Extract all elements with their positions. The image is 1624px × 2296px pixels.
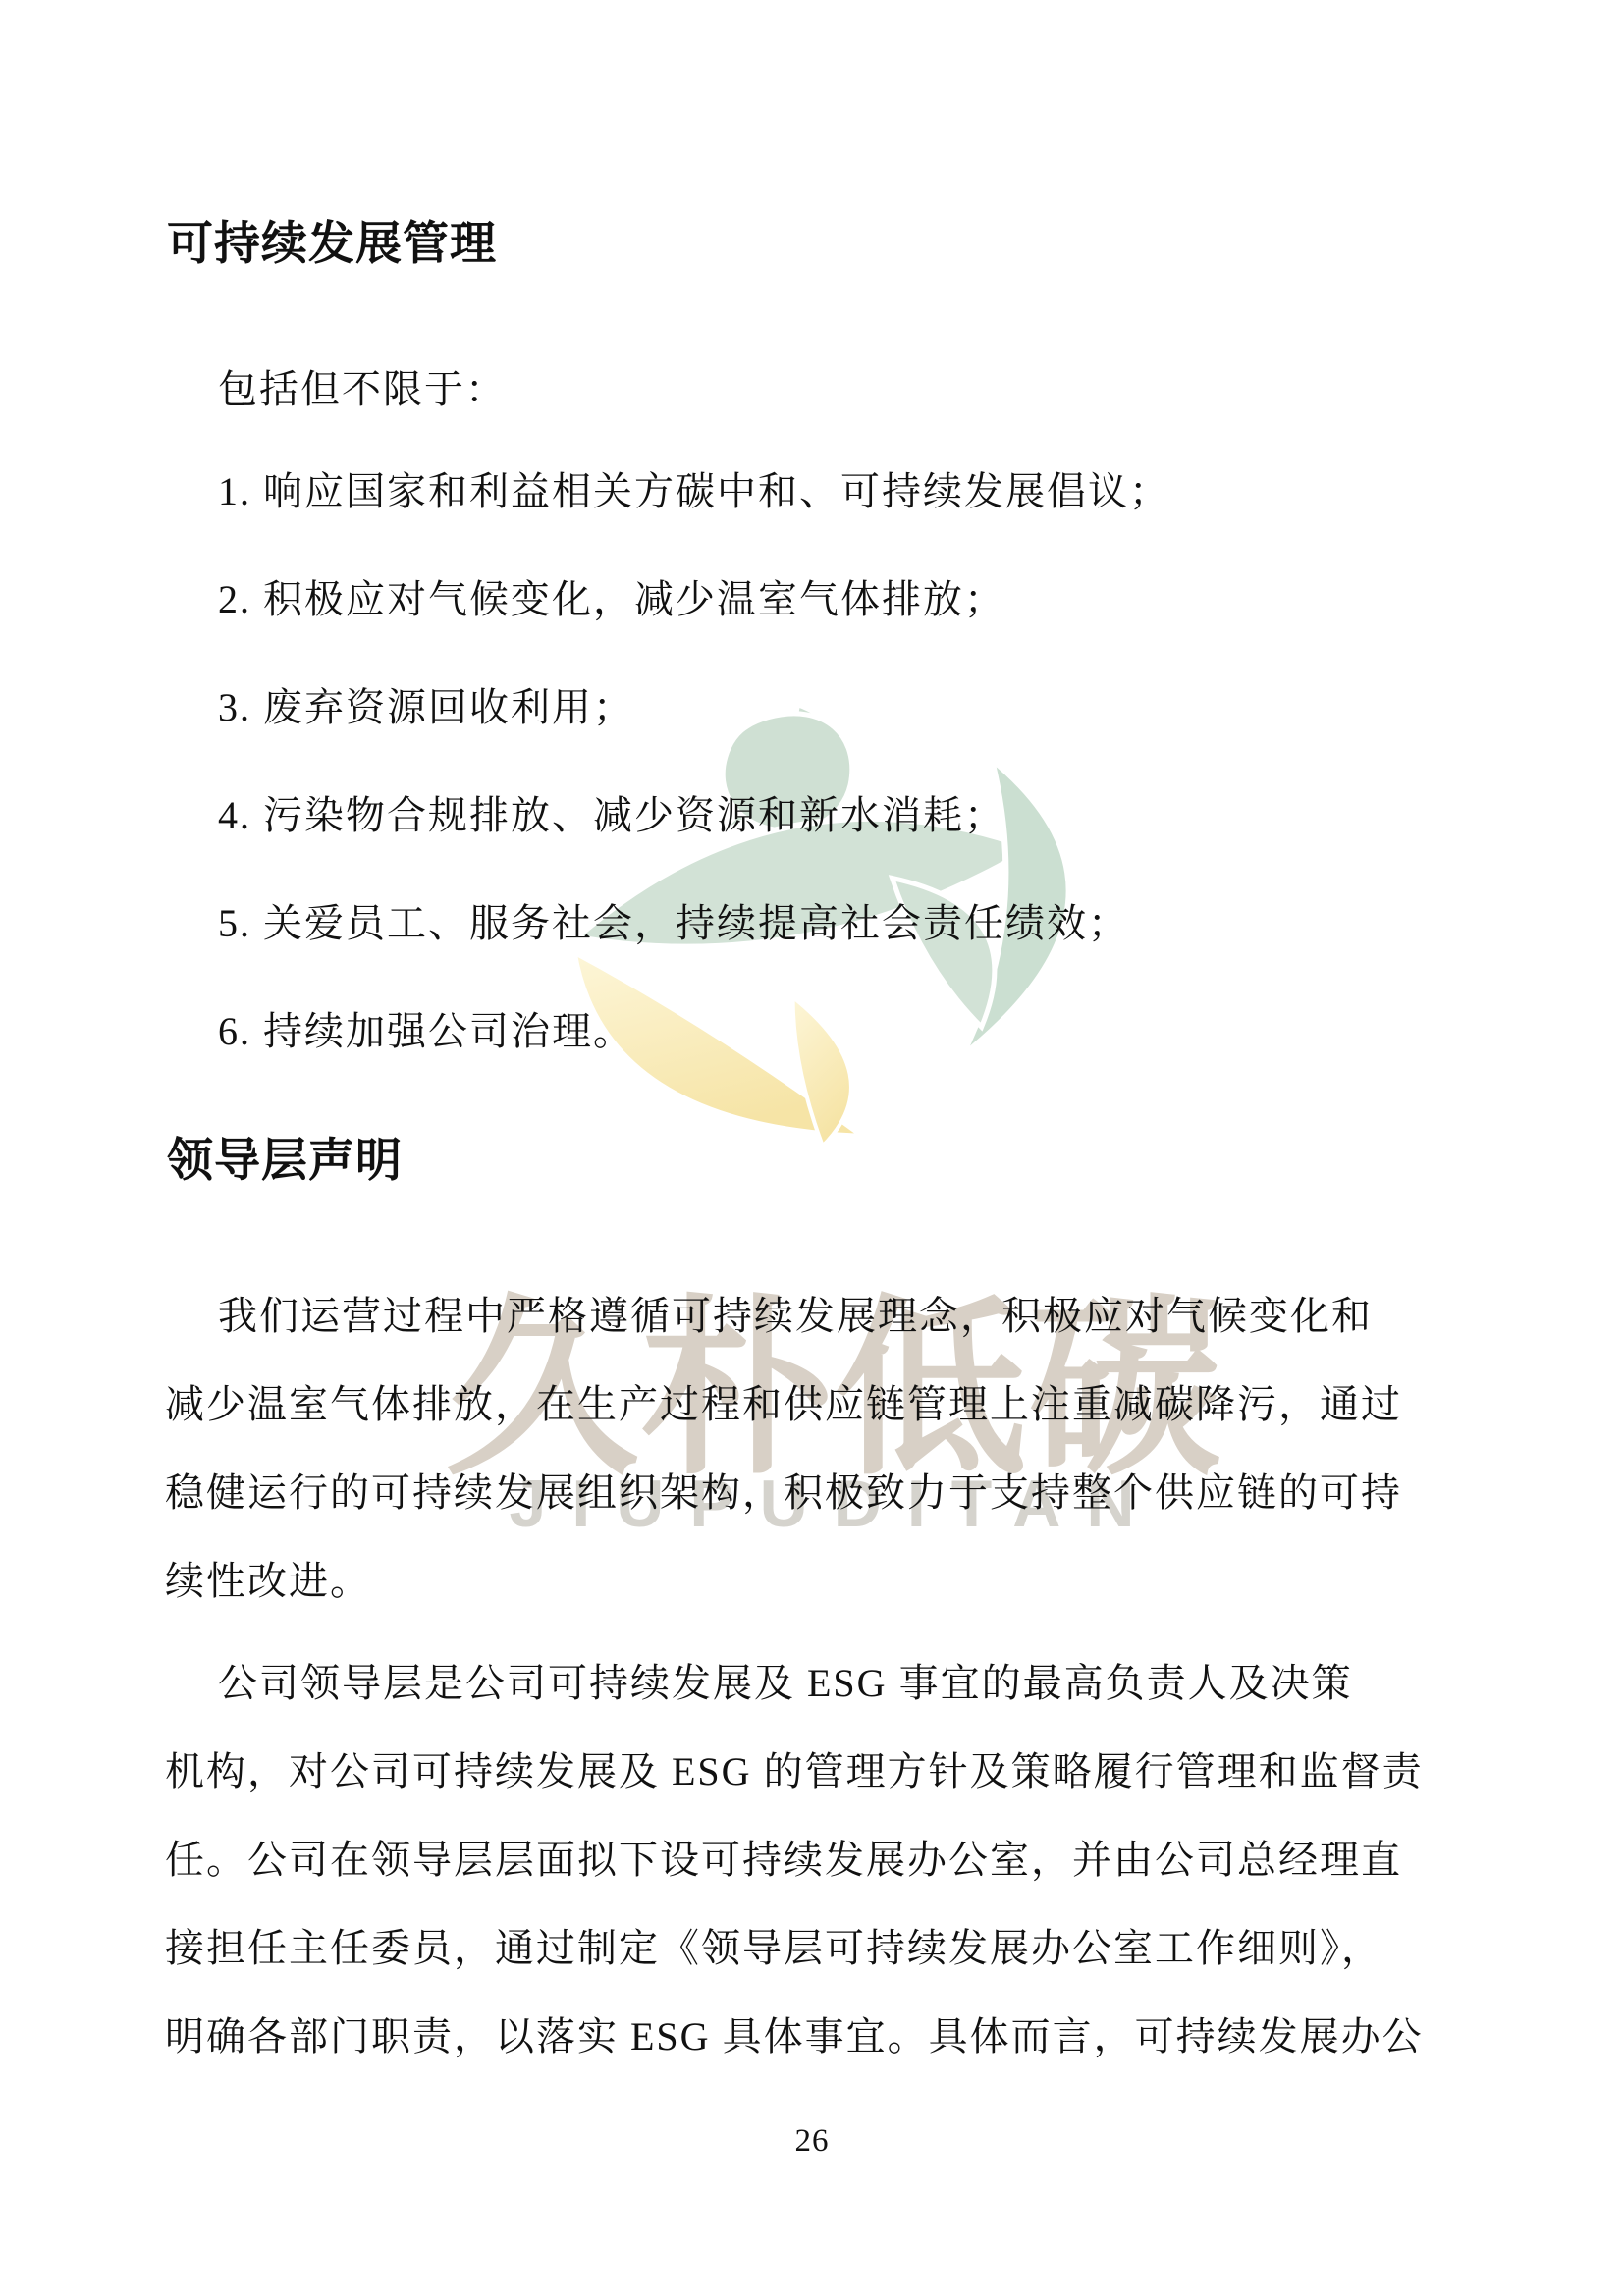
paragraph-line: 任。公司在领导层层面拟下设可持续发展办公室，并由公司总经理直 bbox=[165, 1838, 1402, 1883]
list-item: 5. 关爱员工、服务社会，持续提高社会责任绩效； bbox=[218, 901, 1129, 946]
list-item: 3. 废弃资源回收利用； bbox=[218, 685, 634, 730]
section2-heading: 领导层声明 bbox=[167, 1137, 403, 1188]
paragraph-line: 稳健运行的可持续发展组织架构，积极致力于支持整个供应链的可持 bbox=[165, 1470, 1402, 1516]
paragraph-line: 机构，对公司可持续发展及 ESG 的管理方针及策略履行管理和监督责 bbox=[165, 1749, 1424, 1794]
paragraph-line: 明确各部门职责，以落实 ESG 具体事宜。具体而言，可持续发展办公 bbox=[165, 2014, 1424, 2059]
paragraph-line: 续性改进。 bbox=[165, 1559, 371, 1604]
section1-heading: 可持续发展管理 bbox=[167, 220, 497, 271]
section1-intro: 包括但不限于： bbox=[218, 367, 507, 412]
paragraph-line: 接担任主任委员，通过制定《领导层可持续发展办公室工作细则》， bbox=[165, 1926, 1382, 1971]
paragraph-line: 公司领导层是公司可持续发展及 ESG 事宜的最高负责人及决策 bbox=[218, 1661, 1353, 1706]
paragraph-line: 减少温室气体排放，在生产过程和供应链管理上注重减碳降污，通过 bbox=[165, 1382, 1402, 1427]
list-item: 4. 污染物合规排放、减少资源和新水消耗； bbox=[218, 793, 1005, 838]
list-item: 6. 持续加强公司治理。 bbox=[218, 1009, 634, 1054]
page-number: 26 bbox=[0, 2123, 1624, 2160]
list-item: 2. 积极应对气候变化，减少温室气体排放； bbox=[218, 577, 1005, 622]
document-page: 久朴低碳 JIUPUDITAN 可持续发展管理 包括但不限于： 1. 响应国家和… bbox=[0, 0, 1624, 2296]
paragraph-line: 我们运营过程中严格遵循可持续发展理念，积极应对气候变化和 bbox=[218, 1294, 1373, 1339]
list-item: 1. 响应国家和利益相关方碳中和、可持续发展倡议； bbox=[218, 469, 1170, 514]
